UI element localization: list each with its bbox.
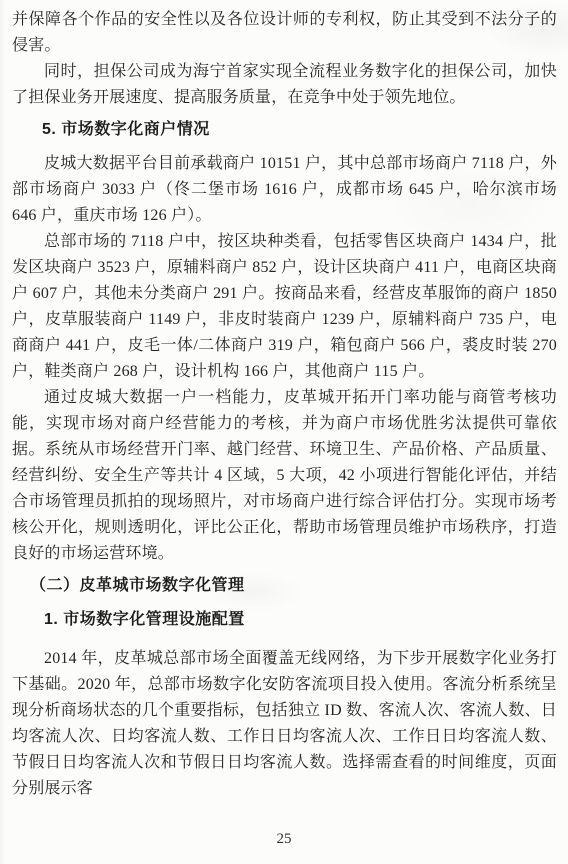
section-heading-market-digital-management: （二）皮革城市场数字化管理 xyxy=(12,573,557,599)
document-page: 并保障各个作品的安全性以及各位设计师的专利权，防止其受到不法分子的侵害。 同时，… xyxy=(0,0,568,864)
section-heading-merchant-digitalization: 5. 市场数字化商户情况 xyxy=(12,117,557,143)
paragraph-headquarters-market-breakdown: 总部市场的 7118 户中，按区块种类看，包括零售区块商户 1434 户，批发区… xyxy=(12,229,557,385)
paragraph-platform-merchant-counts: 皮城大数据平台目前承载商户 10151 户，其中总部市场商户 7118 户，外部… xyxy=(12,151,557,229)
subsection-heading-facility-configuration: 1. 市场数字化管理设施配置 xyxy=(12,607,557,633)
paragraph-security-continuation: 并保障各个作品的安全性以及各位设计师的专利权，防止其受到不法分子的侵害。 xyxy=(12,7,557,59)
paragraph-guarantee-company: 同时，担保公司成为海宁首家实现全流程业务数字化的担保公司，加快了担保业务开展速度… xyxy=(12,59,557,111)
paragraph-assessment-system: 通过皮城大数据一户一档能力，皮革城开拓开门率功能与商管考核功能，实现市场对商户经… xyxy=(12,385,557,567)
page-body: 并保障各个作品的安全性以及各位设计师的专利权，防止其受到不法分子的侵害。 同时，… xyxy=(12,7,557,802)
paragraph-wireless-network-passenger-flow: 2014 年，皮革城总部市场全面覆盖无线网络，为下步开展数字化业务打下基础。20… xyxy=(12,646,557,802)
page-number: 25 xyxy=(0,831,568,848)
